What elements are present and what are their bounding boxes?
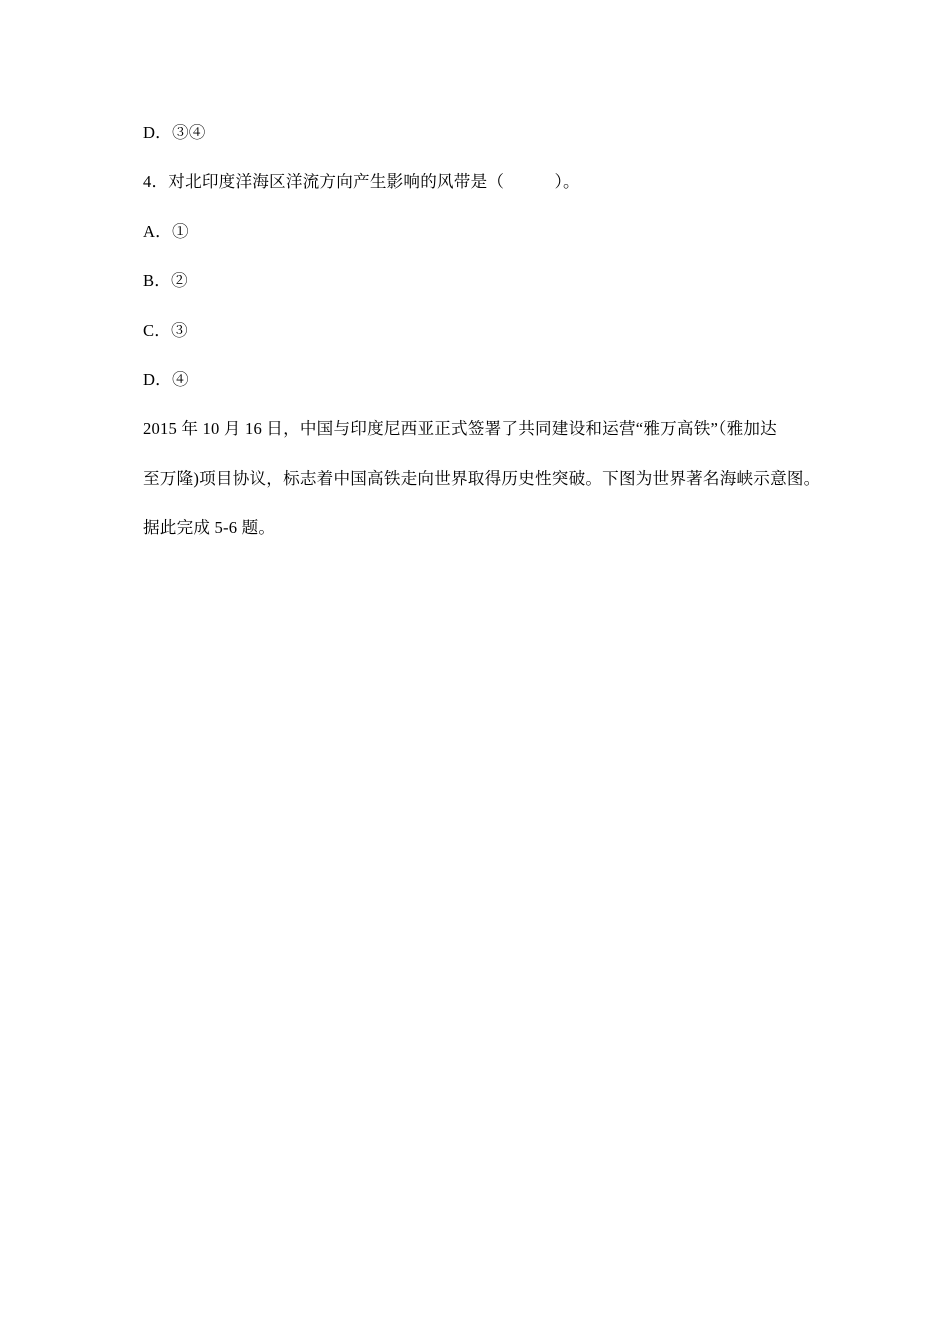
prior-question-option-d: D．③④ [143,108,843,157]
question-4-option-b: B．② [143,256,843,305]
question-4-text: 4．对北印度洋海区洋流方向产生影响的风带是（ ）。 [143,157,843,206]
passage-5-6-line-1: 2015 年 10 月 16 日，中国与印度尼西亚正式签署了共同建设和运营“雅万… [143,404,843,453]
question-4-option-a: A．① [143,207,843,256]
document-text-block: D．③④ 4．对北印度洋海区洋流方向产生影响的风带是（ ）。 A．① B．② C… [143,108,843,553]
exam-document-page: D．③④ 4．对北印度洋海区洋流方向产生影响的风带是（ ）。 A．① B．② C… [0,0,950,1344]
question-4-option-c: C．③ [143,306,843,355]
passage-5-6-line-3: 据此完成 5-6 题。 [143,503,843,552]
question-4-option-d: D．④ [143,355,843,404]
passage-5-6-line-2: 至万隆)项目协议，标志着中国高铁走向世界取得历史性突破。下图为世界著名海峡示意图… [143,454,843,503]
